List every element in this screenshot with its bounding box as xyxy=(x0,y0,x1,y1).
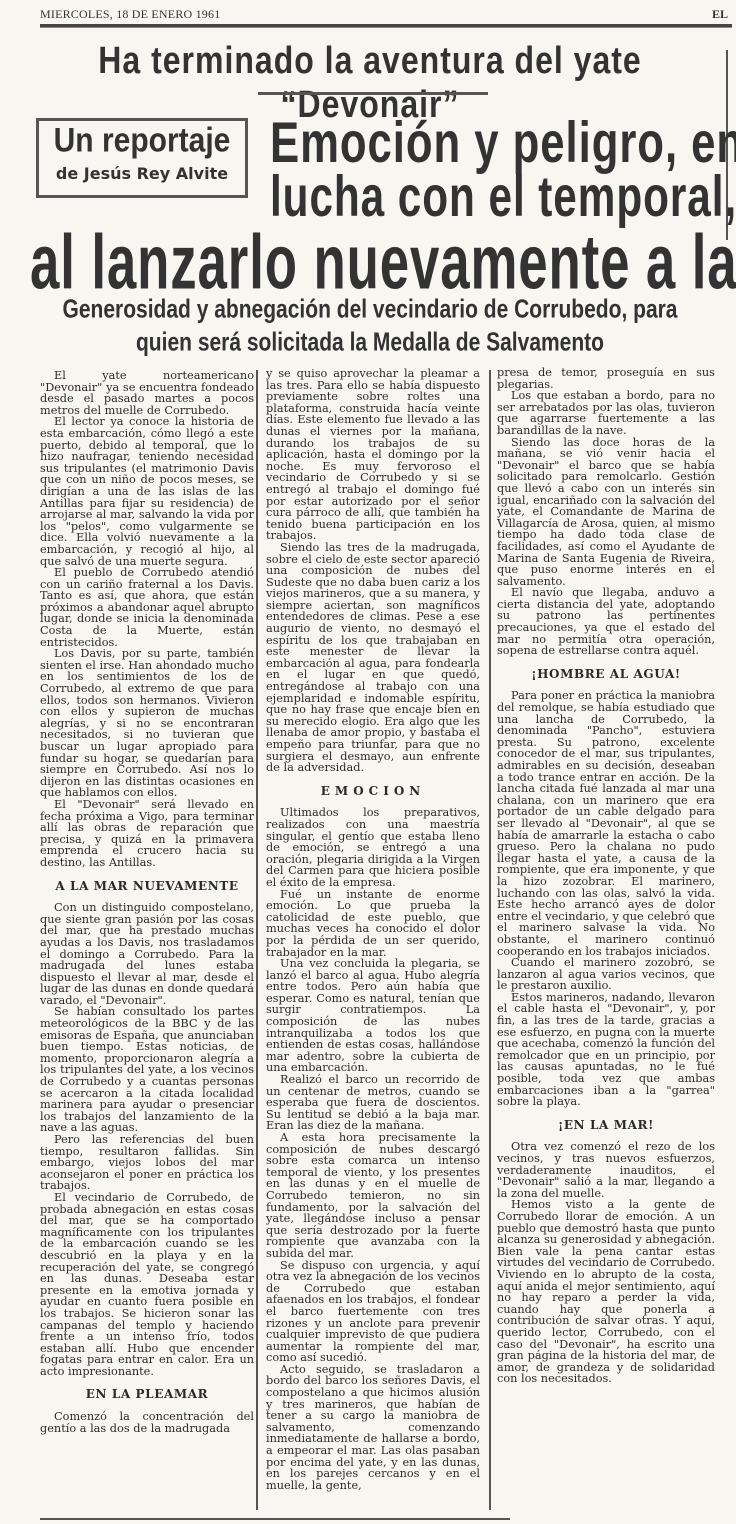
paragraph: A esta hora precisamente la composición … xyxy=(266,1132,480,1260)
paragraph: El pueblo de Corrubedo atendió con un ca… xyxy=(40,567,254,648)
paragraph: Los Davis, por su parte, también sienten… xyxy=(40,648,254,799)
paragraph: El vecindario de Corrubedo, de probada a… xyxy=(40,1192,254,1378)
paragraph: Ultimados los preparativos, realizados c… xyxy=(266,807,480,888)
section-heading: ¡HOMBRE AL AGUA! xyxy=(497,669,715,681)
paragraph: Realizó el barco un recorrido de un cent… xyxy=(266,1074,480,1132)
section-heading: A LA MAR NUEVAMENTE xyxy=(40,881,254,893)
paragraph: El "Devonair" será llevado en fecha próx… xyxy=(40,799,254,869)
byline-label: Un reportaje xyxy=(39,120,245,161)
byline-author: de Jesús Rey Alvite xyxy=(39,163,245,185)
paragraph: Para poner en práctica la maniobra del r… xyxy=(497,690,715,957)
column-divider-1 xyxy=(256,370,258,1510)
paragraph: Se dispuso con urgencia, y aquí otra vez… xyxy=(266,1260,480,1364)
paragraph: Estos marineros, nadando, llevaron el ca… xyxy=(497,992,715,1108)
paragraph: El yate norteamericano "Devonair" ya se … xyxy=(40,370,254,416)
paragraph: Otra vez comenzó el rezo de los vecinos,… xyxy=(497,1141,715,1199)
paragraph: presa de temor, proseguía en sus plegari… xyxy=(497,367,715,390)
main-headline-line-3: al lanzarlo nuevamente a la mar xyxy=(30,218,736,306)
top-rule-divider xyxy=(40,24,732,28)
article-column-2: y se quiso aprovechar la pleamar a las t… xyxy=(266,368,480,1491)
issue-date: MIERCOLES, 18 DE ENERO 1961 xyxy=(40,7,220,22)
paragraph: Siendo las doce horas de la mañana, se v… xyxy=(497,437,715,588)
paragraph: Se habían consultado los partes meteorol… xyxy=(40,1006,254,1134)
paragraph: y se quiso aprovechar la pleamar a las t… xyxy=(266,368,480,542)
paragraph: Pero las referencias del buen tiempo, re… xyxy=(40,1134,254,1192)
paragraph: Siendo las tres de la madrugada, sobre e… xyxy=(266,542,480,774)
paragraph: Hemos visto a la gente de Corrubedo llor… xyxy=(497,1199,715,1385)
paragraph: Con un distinguido compostelano, que sie… xyxy=(40,902,254,1006)
section-heading: EMOCION xyxy=(266,786,480,798)
bottom-rule-divider xyxy=(40,1518,510,1520)
column-divider-2 xyxy=(489,370,491,1510)
page-corner-tag: EL xyxy=(712,7,728,22)
dateline: MIERCOLES, 18 DE ENERO 1961 EL xyxy=(40,4,728,24)
paragraph: Cuando el marinero zozobró, se lanzaron … xyxy=(497,957,715,992)
article-column-1: El yate norteamericano "Devonair" ya se … xyxy=(40,370,254,1434)
paragraph: Una vez concluida la plegaria, se lanzó … xyxy=(266,958,480,1074)
article-column-3: presa de temor, proseguía en sus plegari… xyxy=(497,367,715,1385)
paragraph: El navío que llegaba, anduvo a cierta di… xyxy=(497,587,715,657)
section-heading: EN LA PLEAMAR xyxy=(40,1389,254,1401)
paragraph: Comenzó la concentración del gentío a la… xyxy=(40,1411,254,1434)
paragraph: Los que estaban a bordo, para no ser arr… xyxy=(497,390,715,436)
deck-subheadline-line-1: Generosidad y abnegación del vecindario … xyxy=(20,295,720,325)
section-heading: ¡EN LA MAR! xyxy=(497,1120,715,1132)
paragraph: Fué un instante de enorme emoción. Lo qu… xyxy=(266,889,480,959)
paragraph: Acto seguido, se trasladaron a bordo del… xyxy=(266,1364,480,1492)
paragraph: El lector ya conoce la historia de esta … xyxy=(40,416,254,567)
byline-box: Un reportaje de Jesús Rey Alvite xyxy=(36,118,248,198)
kicker-underline-divider xyxy=(258,92,488,95)
deck-subheadline-line-2: quien será solicitada la Medalla de Salv… xyxy=(20,328,720,358)
